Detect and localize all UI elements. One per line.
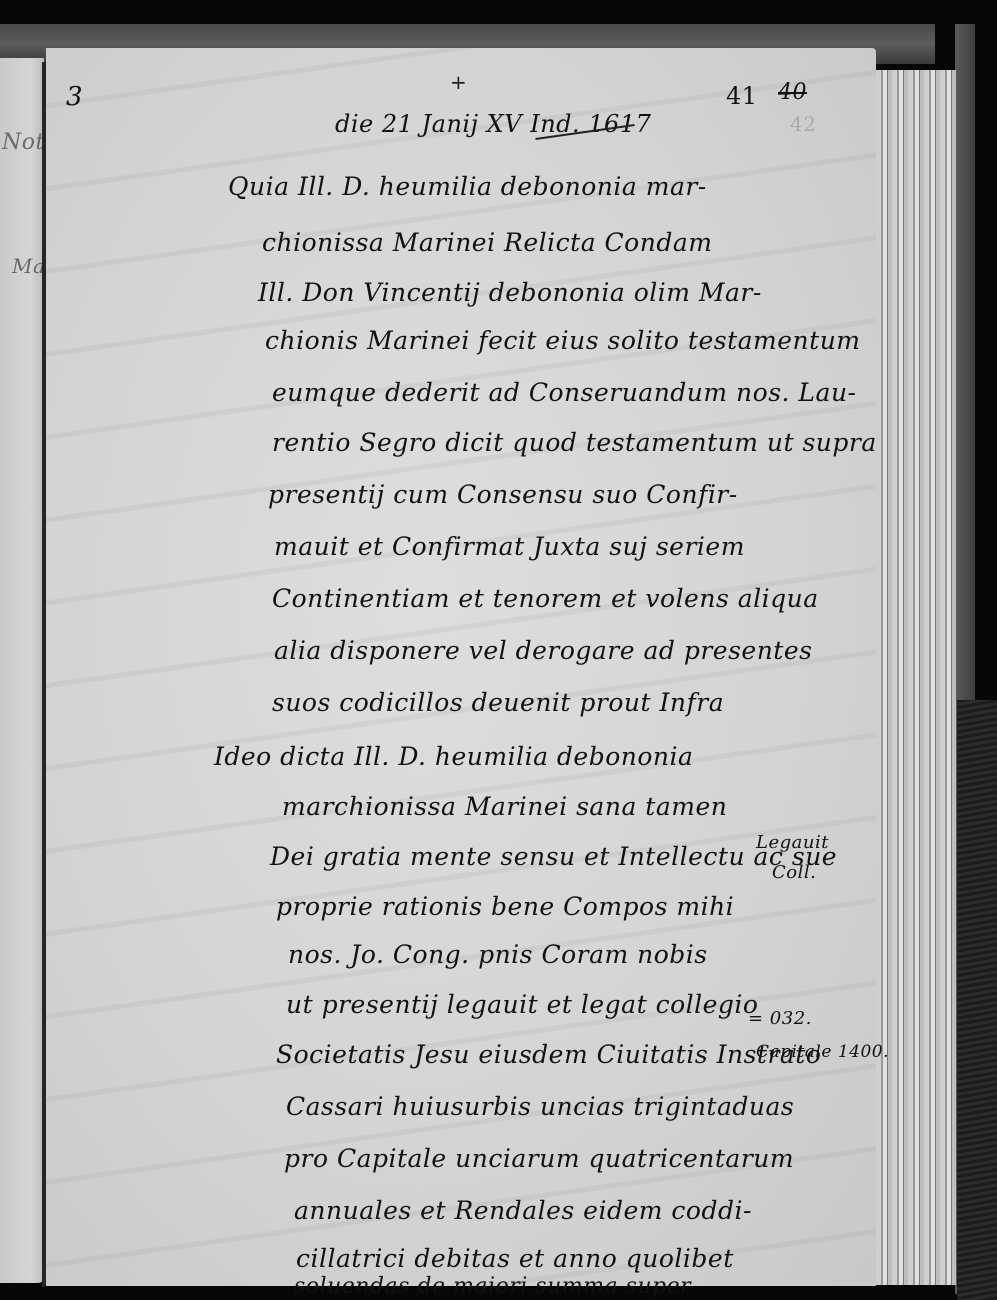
margin-note-coll: Coll.	[772, 862, 816, 883]
text-line: Societatis Jesu eiusdem Ciuitatis Instra…	[276, 1040, 821, 1069]
text-line: nos. Jo. Cong. pnis Coram nobis	[288, 940, 708, 969]
text-line: Cassari huiusurbis uncias trigintaduas	[286, 1092, 794, 1121]
text-line: chionis Marinei fecit eius solito testam…	[265, 326, 861, 355]
corner-number: 3	[66, 82, 83, 112]
folio-number: 41	[726, 82, 758, 110]
text-line: Continentiam et tenorem et volens aliqua	[272, 584, 819, 613]
text-line: Ideo dicta Ill. D. heumilia debononia	[214, 742, 693, 771]
text-line: rentio Segro dicit quod testamentum ut s…	[272, 428, 877, 457]
text-line: eumque dederit ad Conseruandum nos. Lau-	[272, 378, 857, 407]
text-line: alia disponere vel derogare ad presentes	[274, 636, 812, 665]
faint-folio-number: 42	[790, 112, 816, 136]
folio-number-struck: 40	[778, 80, 807, 105]
top-cross-mark: +	[450, 70, 467, 94]
date-heading: die 21 Janij XV Ind. 1617	[335, 110, 651, 138]
text-line: soluendas de maiori summa super	[294, 1274, 691, 1299]
text-line: pro Capitale unciarum quatricentarum	[284, 1144, 794, 1173]
text-line: Quia Ill. D. heumilia debononia mar-	[228, 172, 707, 201]
text-line: proprie rationis bene Compos mihi	[276, 892, 734, 921]
page-stack-edges	[876, 70, 956, 1285]
text-line: chionissa Marinei Relicta Condam	[262, 228, 712, 257]
text-line: annuales et Rendales eidem coddi-	[294, 1196, 752, 1225]
text-line: cillatrici debitas et anno quolibet	[296, 1244, 734, 1273]
margin-note-amount: = 032.	[748, 1008, 812, 1029]
background-cloth	[957, 700, 997, 1300]
text-line: presentij cum Consensu suo Confir-	[268, 480, 738, 509]
text-line: ut presentij legauit et legat collegio	[286, 990, 758, 1019]
margin-note-capitale: Capitale 1400.	[756, 1042, 889, 1062]
margin-note-legauit: Legauit	[756, 832, 829, 853]
left-page-edge: Notte Mar	[0, 58, 44, 1283]
text-line: marchionissa Marinei sana tamen	[282, 792, 727, 821]
text-line: Dei gratia mente sensu et Intellectu ac …	[270, 842, 837, 871]
text-line: Ill. Don Vincentij debononia olim Mar-	[258, 278, 762, 307]
text-line: suos codicillos deuenit prout Infra	[272, 688, 724, 717]
text-line: mauit et Confirmat Juxta suj seriem	[274, 532, 745, 561]
